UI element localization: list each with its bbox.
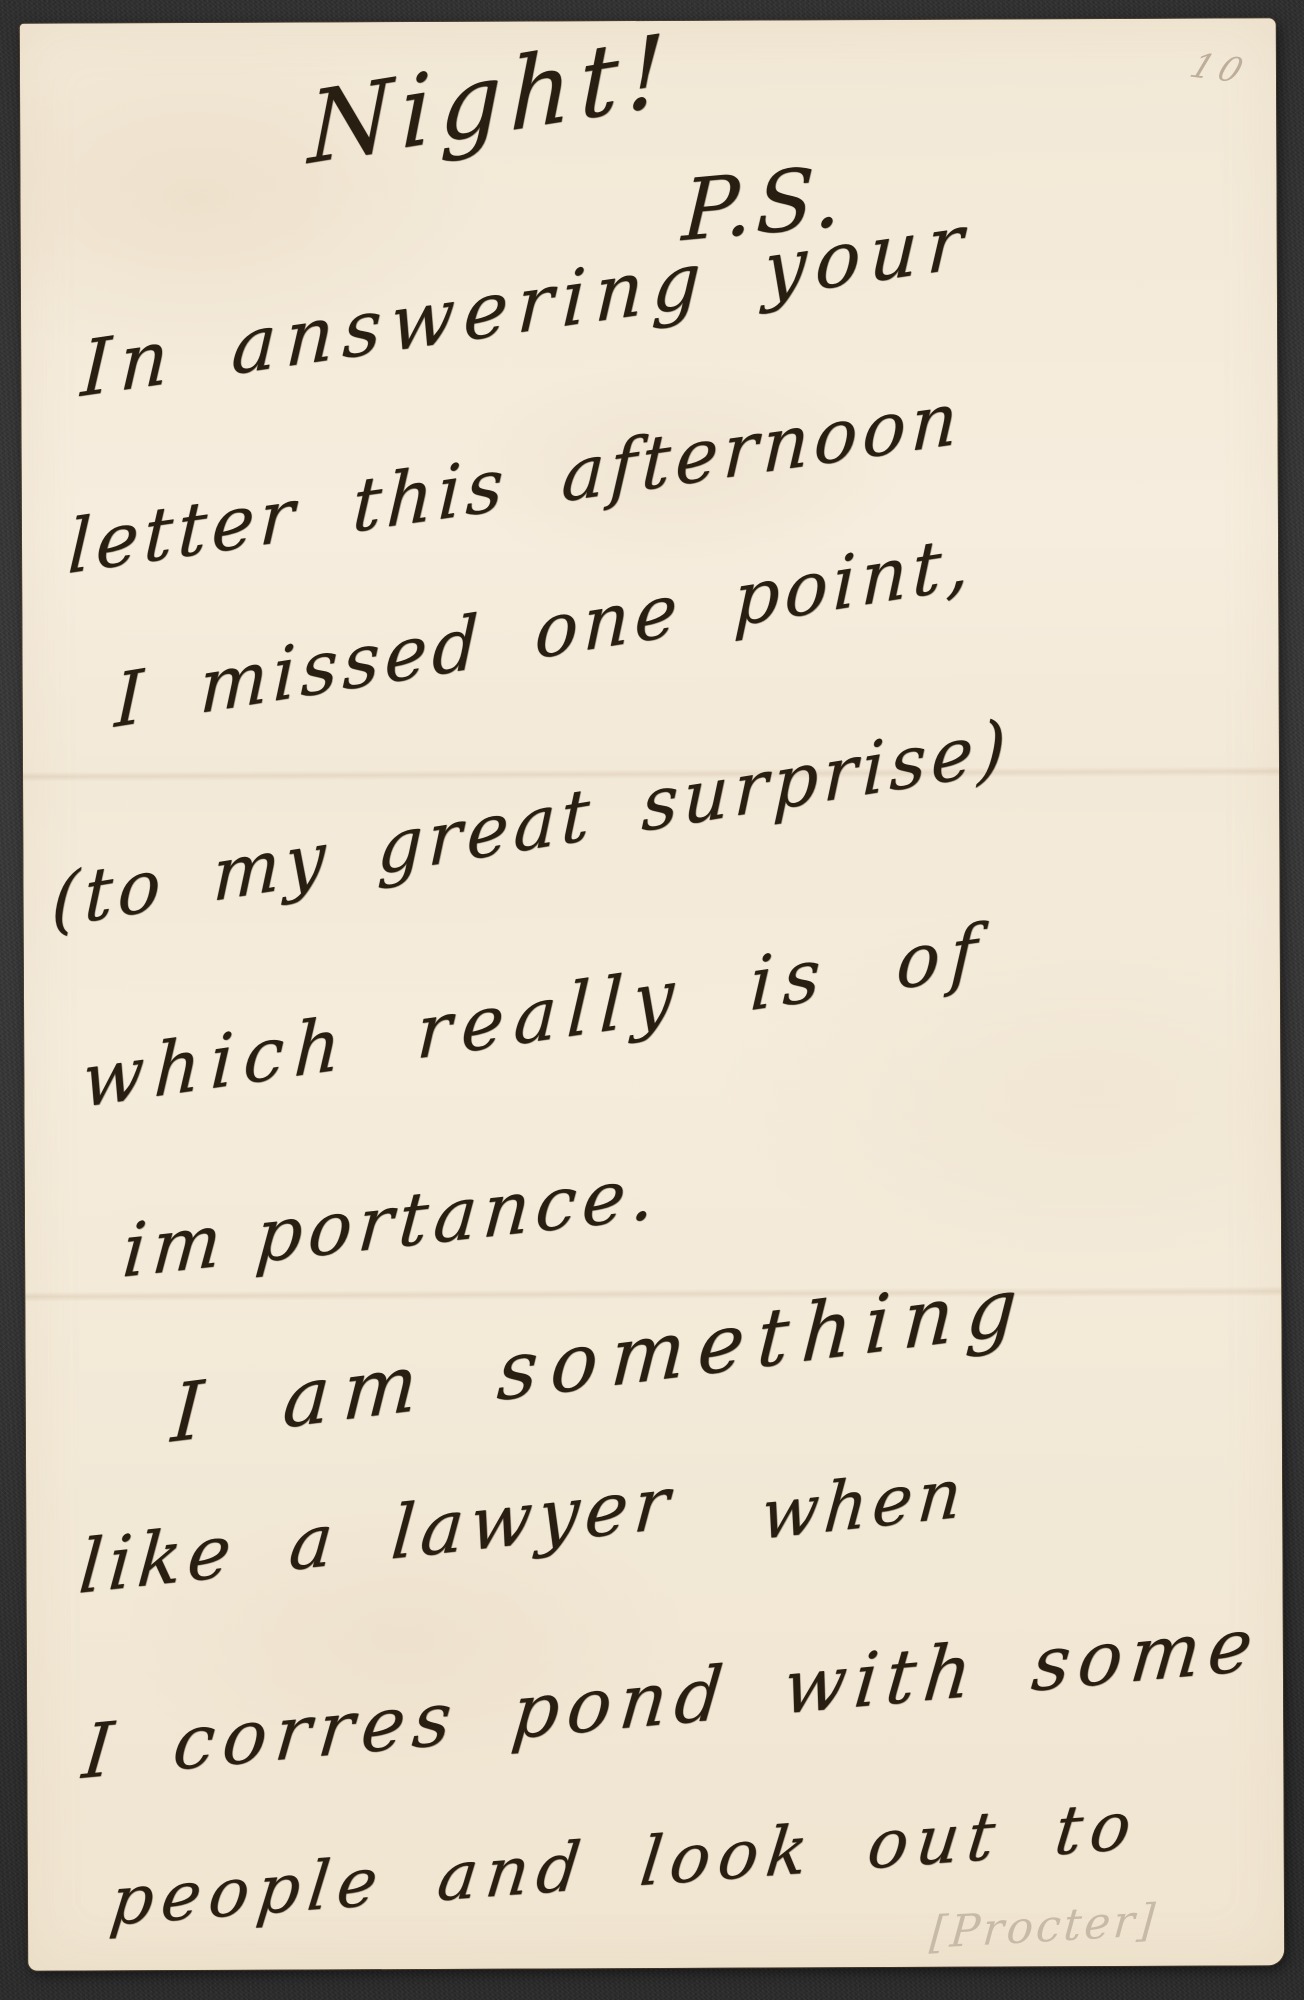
letter-line-9: I corres pond with some <box>80 1607 1264 1790</box>
page-number-annotation: 10 <box>1186 49 1253 88</box>
paper-fold-line <box>25 1286 1281 1301</box>
scan-background: 10 Night! P.S. In answering your letter … <box>0 0 1304 2000</box>
letter-paper: 10 Night! P.S. In answering your letter … <box>20 18 1284 1970</box>
letter-line-7: I am something <box>169 1265 1032 1454</box>
letter-line-8b: when <box>758 1460 969 1551</box>
letter-line-6: im portance. <box>120 1156 663 1289</box>
letter-line-1: In answering your <box>79 202 973 408</box>
letter-line-8a: like a lawyer <box>76 1466 677 1605</box>
archivist-annotation: [Procter] <box>928 1899 1159 1956</box>
letter-heading: Night! <box>308 20 674 179</box>
letter-line-5: which really is of <box>81 914 989 1119</box>
letter-line-4: (to my great surprise) <box>50 709 1011 939</box>
